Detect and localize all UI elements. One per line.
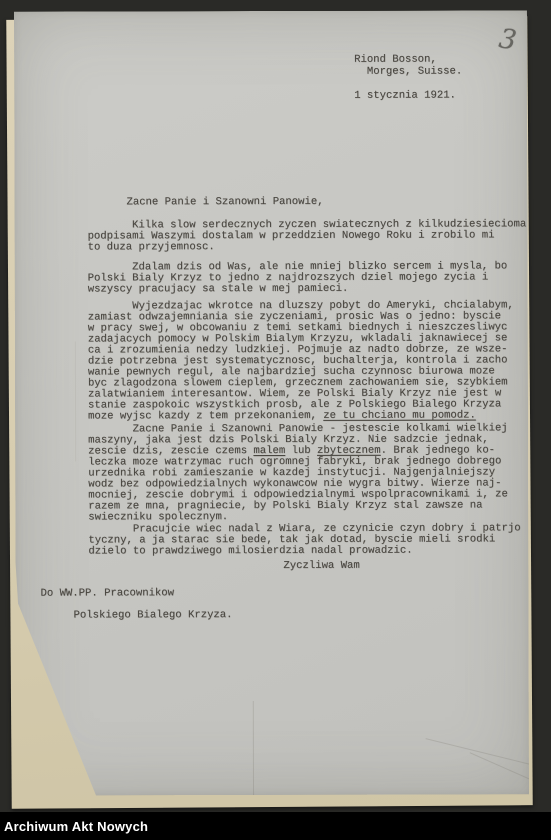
archive-scan: 3 Riond Bosson, Morges, Suisse. 1 styczn… <box>0 0 551 840</box>
salutation-text: Zacne Panie i Szanowni Panowie, <box>126 197 323 210</box>
paper-crease <box>253 701 254 795</box>
addressee-line-1: Do WW.PP. Pracownikow <box>40 588 174 599</box>
letter-header-address-date: Riond Bosson, Morges, Suisse. 1 stycznia… <box>354 53 462 101</box>
paragraph-3: Wyjezdzajac wkrotce na dluzszy pobyt do … <box>88 300 514 422</box>
closing-formula: Zyczliwa Wam <box>283 561 359 573</box>
closing-text: Zyczliwa Wam <box>283 561 359 573</box>
paragraph-5: Pracujcie wiec nadal z Wiara, ze czynici… <box>88 523 520 557</box>
paper-crease <box>470 752 551 789</box>
paper-crease <box>426 738 543 768</box>
paragraph-1: Kilka slow serdecznych zyczen swiateczny… <box>88 219 527 253</box>
paragraph-4: Zacne Panie i Szanowni Panowie - jestesc… <box>88 423 508 523</box>
archive-name-label: Archiwum Akt Nowych <box>0 819 148 834</box>
addressee-line-2: Polskiego Bialego Krzyza. <box>74 610 233 621</box>
addressee-line-1-text: Do WW.PP. Pracownikow <box>40 588 174 599</box>
addressee-line-2-text: Polskiego Bialego Krzyza. <box>74 610 233 621</box>
archive-watermark-bar: Archiwum Akt Nowych <box>0 812 551 840</box>
paper-crease <box>75 342 76 462</box>
page-number-annotation: 3 <box>497 23 519 56</box>
letter-page: 3 Riond Bosson, Morges, Suisse. 1 styczn… <box>14 10 529 795</box>
paragraph-2: Zdalam dzis od Was, ale nie mniej blizko… <box>88 261 508 295</box>
salutation: Zacne Panie i Szanowni Panowie, <box>126 197 323 210</box>
